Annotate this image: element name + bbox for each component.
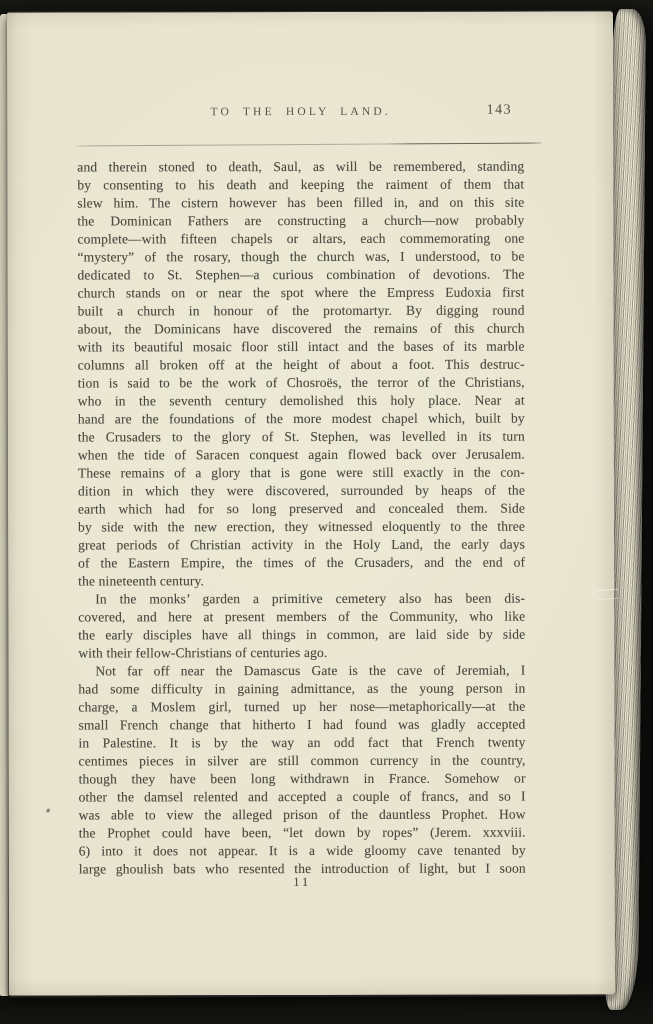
text-line: the Crusaders to the glory of St. Stephe… (78, 428, 525, 447)
text-line: had some difficulty in gaining admittanc… (78, 680, 525, 699)
text-line: complete—with fifteen chapels or altars,… (77, 230, 524, 249)
text-line: dedicated to St. Stephen—a curious combi… (78, 266, 525, 285)
text-line: of the Eastern Empire, the times of the … (78, 554, 525, 573)
text-line: who in the seventh century demolished th… (78, 392, 525, 411)
book-page: TO THE HOLY LAND. 143 and therein stoned… (7, 11, 615, 995)
text-line: tion is said to be the work of Chosroës,… (78, 374, 525, 393)
text-line: built a church in honour of the protomar… (78, 302, 525, 321)
text-line: hand are the foundations of the more mod… (78, 410, 525, 429)
text-line: centimes pieces in silver are still comm… (79, 752, 526, 771)
text-line: by consenting to his death and keeping t… (77, 176, 524, 195)
footer-signature: 11 (79, 875, 526, 891)
text-line: Not far off near the Damascus Gate is th… (78, 662, 525, 681)
text-line: though they have been long withdrawn in … (79, 770, 526, 789)
text-line: dition in which they were discovered, su… (78, 482, 525, 501)
text-line: in Palestine. It is by the way an odd fa… (78, 734, 525, 753)
text-line: 6) into it does not appear. It is a wide… (79, 842, 526, 861)
text-line: the early disciples have all things in c… (78, 626, 525, 645)
text-line: columns all broken off at the height of … (78, 356, 525, 375)
book-photo: TO THE HOLY LAND. 143 and therein stoned… (0, 0, 653, 1024)
text-line: by side with the new erection, they witn… (78, 518, 525, 537)
text-line: charge, a Moslem girl, turned up her nos… (78, 698, 525, 717)
photo-background: { "header": { "title": "TO THE HOLY LAND… (0, 0, 653, 1024)
text-line: the Dominican Fathers are constructing a… (77, 212, 524, 231)
text-line: about, the Dominicans have discovered th… (78, 320, 525, 339)
header-rule (75, 143, 541, 147)
text-line: the nineteenth century. (78, 572, 525, 591)
text-line: the Prophet could have been, “let down b… (79, 824, 526, 843)
text-line: In the monks’ garden a primitive cemeter… (78, 590, 525, 609)
text-line: and therein stoned to death, Saul, as wi… (77, 158, 524, 177)
text-line: These remains of a glory that is gone we… (78, 464, 525, 483)
body-text: and therein stoned to death, Saul, as wi… (77, 158, 526, 879)
text-line: small French change that hitherto I had … (78, 716, 525, 735)
text-line: great periods of Christian activity in t… (78, 536, 525, 555)
text-line: other the damsel relented and accepted a… (79, 788, 526, 807)
text-line: with its beautiful mosaic floor still in… (78, 338, 525, 357)
header-title: TO THE HOLY LAND. (210, 106, 391, 118)
text-line: was able to view the alleged prison of t… (79, 806, 526, 825)
text-line: earth which had for so long preserved an… (78, 500, 525, 519)
running-header: TO THE HOLY LAND. 143 (77, 106, 524, 125)
page-number: 143 (487, 103, 513, 119)
text-line: with their fellow-Christians of centurie… (78, 644, 525, 663)
ink-speck (46, 808, 50, 813)
text-line: church stands on or near the spot where … (78, 284, 525, 303)
text-line: when the tide of Saracen conquest again … (78, 446, 525, 465)
text-line: covered, and here at present members of … (78, 608, 525, 627)
text-line: slew him. The cistern however has been f… (77, 194, 524, 213)
text-line: “mystery” of the rosary, though the chur… (77, 248, 524, 267)
